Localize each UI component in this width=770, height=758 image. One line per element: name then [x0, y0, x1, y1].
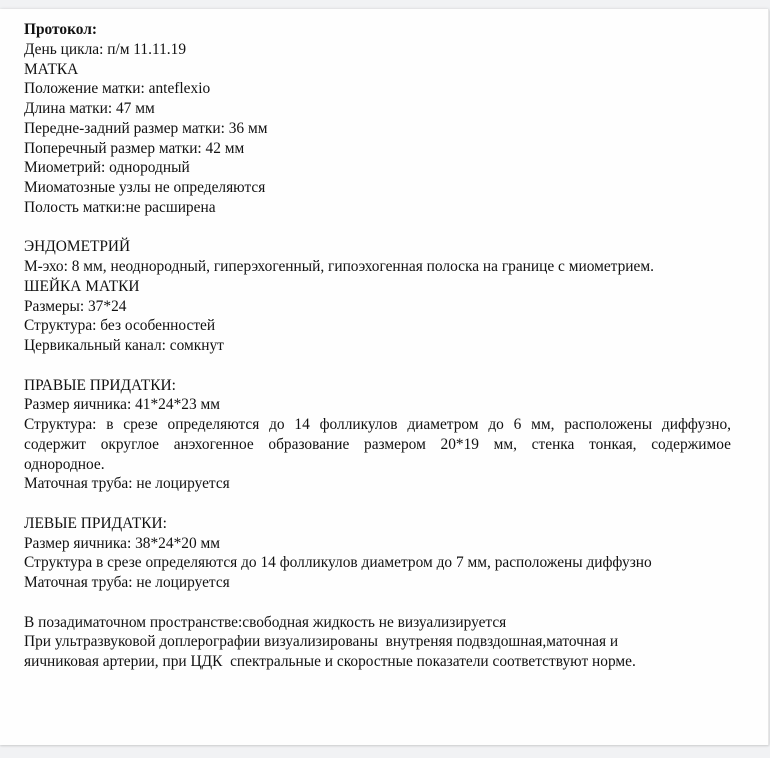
spacer: [24, 593, 731, 613]
cycle-day: День цикла: п/м 11.11.19: [24, 40, 731, 60]
right-fallopian-tube: Маточная труба: не лоцируется: [24, 474, 731, 494]
cervical-canal: Цервикальный канал: сомкнут: [24, 336, 731, 356]
retrouterine-space: В позадиматочном пространстве:свободная …: [24, 613, 731, 633]
uterus-cavity: Полость матки:не расширена: [24, 198, 731, 218]
left-ovary-structure: Структура в срезе определяются до 14 фол…: [24, 553, 731, 573]
document-page: Протокол: День цикла: п/м 11.11.19 МАТКА…: [0, 9, 769, 745]
section-heading-cervix: ШЕЙКА МАТКИ: [24, 277, 731, 297]
uterus-position: Положение матки: anteflexio: [24, 79, 731, 99]
uterus-ap-size: Передне-задний размер матки: 36 мм: [24, 119, 731, 139]
cervix-size: Размеры: 37*24: [24, 297, 731, 317]
section-heading-endometrium: ЭНДОМЕТРИЙ: [24, 237, 731, 257]
right-ovary-structure-line-2: содержит округлое анэхогенное образовани…: [24, 435, 731, 455]
cervix-structure: Структура: без особенностей: [24, 316, 731, 336]
uterus-transverse-size: Поперечный размер матки: 42 мм: [24, 139, 731, 159]
right-ovary-structure-line-3: однородное.: [24, 455, 731, 475]
left-ovary-size: Размер яичника: 38*24*20 мм: [24, 534, 731, 554]
section-heading-left-adnexa: ЛЕВЫЕ ПРИДАТКИ:: [24, 514, 731, 534]
spacer: [24, 218, 731, 238]
section-heading-uterus: МАТКА: [24, 60, 731, 80]
doppler-line-1: При ультразвуковой доплерографии визуали…: [24, 632, 731, 652]
section-heading-right-adnexa: ПРАВЫЕ ПРИДАТКИ:: [24, 376, 731, 396]
document-body: Протокол: День цикла: п/м 11.11.19 МАТКА…: [24, 20, 731, 672]
right-ovary-structure-line-1: Структура: в срезе определяются до 14 фо…: [24, 415, 731, 435]
document-title: Протокол:: [24, 20, 731, 40]
myoma-nodes: Миоматозные узлы не определяются: [24, 178, 731, 198]
doppler-line-2: яичниковая артерии, при ЦДК спектральные…: [24, 652, 731, 672]
spacer: [24, 494, 731, 514]
left-fallopian-tube: Маточная труба: не лоцируется: [24, 573, 731, 593]
right-ovary-size: Размер яичника: 41*24*23 мм: [24, 395, 731, 415]
myometrium: Миометрий: однородный: [24, 158, 731, 178]
m-echo: М-эхо: 8 мм, неоднородный, гиперэхогенны…: [24, 257, 731, 277]
uterus-length: Длина матки: 47 мм: [24, 99, 731, 119]
spacer: [24, 356, 731, 376]
